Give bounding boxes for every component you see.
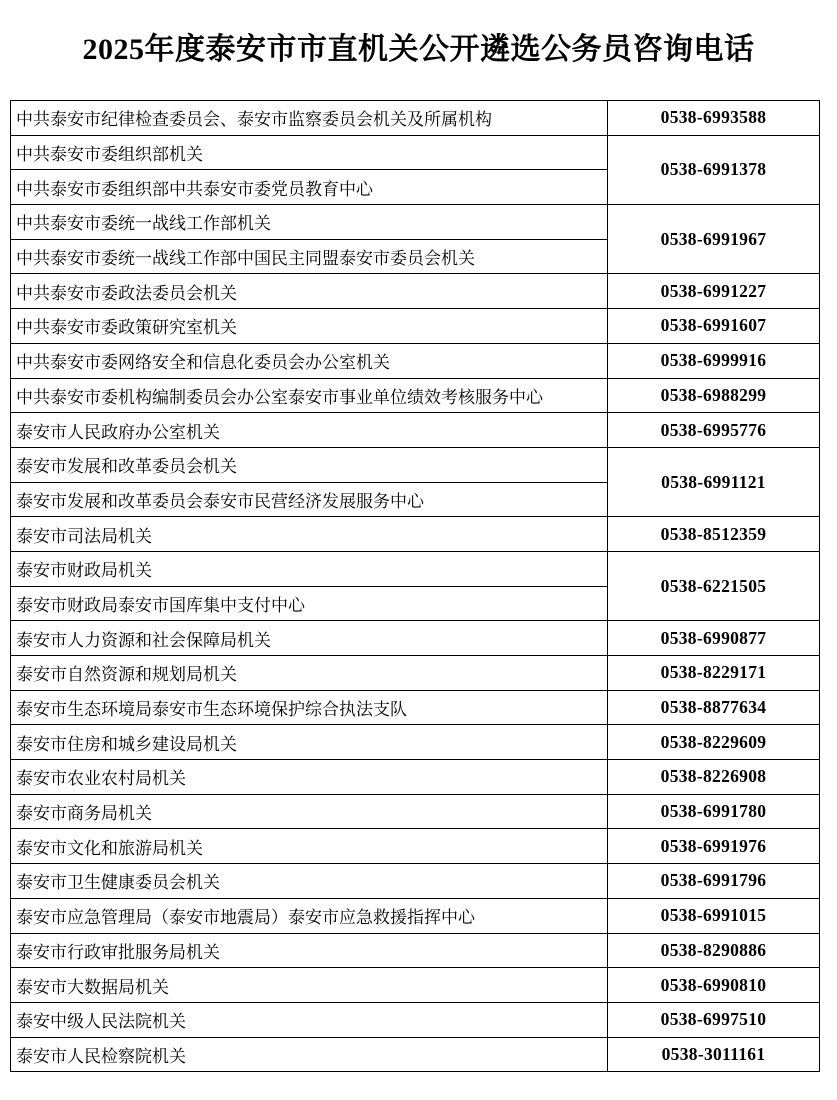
org-name-cell: 泰安市发展和改革委员会机关 — [11, 447, 608, 482]
org-name-cell: 泰安市生态环境局泰安市生态环境保护综合执法支队 — [11, 690, 608, 725]
phone-number-cell: 0538-6990877 — [608, 621, 820, 656]
table-row: 泰安市农业农村局机关0538-8226908 — [11, 760, 820, 795]
org-name-cell: 泰安市农业农村局机关 — [11, 760, 608, 795]
table-row: 泰安市生态环境局泰安市生态环境保护综合执法支队0538-8877634 — [11, 690, 820, 725]
phone-number-cell: 0538-6991227 — [608, 274, 820, 309]
org-name-cell: 泰安市行政审批服务局机关 — [11, 933, 608, 968]
phone-number-cell: 0538-6991967 — [608, 205, 820, 274]
phone-number-cell: 0538-6991796 — [608, 864, 820, 899]
table-row: 泰安市人民检察院机关0538-3011161 — [11, 1037, 820, 1072]
table-row: 泰安市财政局机关0538-6221505 — [11, 551, 820, 586]
table-row: 中共泰安市委政法委员会机关0538-6991227 — [11, 274, 820, 309]
org-name-cell: 泰安市文化和旅游局机关 — [11, 829, 608, 864]
phone-number-cell: 0538-6995776 — [608, 413, 820, 448]
table-row: 中共泰安市委机构编制委员会办公室泰安市事业单位绩效考核服务中心0538-6988… — [11, 378, 820, 413]
table-row: 泰安市行政审批服务局机关0538-8290886 — [11, 933, 820, 968]
org-name-cell: 泰安市司法局机关 — [11, 517, 608, 552]
table-row: 泰安中级人民法院机关0538-6997510 — [11, 1002, 820, 1037]
table-row: 中共泰安市委组织部机关0538-6991378 — [11, 135, 820, 170]
org-name-cell: 中共泰安市委政策研究室机关 — [11, 309, 608, 344]
org-name-cell: 泰安市财政局机关 — [11, 551, 608, 586]
org-name-cell: 中共泰安市委组织部机关 — [11, 135, 608, 170]
document-page: 2025年度泰安市市直机关公开遴选公务员咨询电话 中共泰安市纪律检查委员会、泰安… — [0, 0, 837, 1100]
phone-number-cell: 0538-6991607 — [608, 309, 820, 344]
org-name-cell: 中共泰安市委统一战线工作部机关 — [11, 205, 608, 240]
table-row: 泰安市商务局机关0538-6991780 — [11, 794, 820, 829]
table-row: 泰安市人民政府办公室机关0538-6995776 — [11, 413, 820, 448]
phone-number-cell: 0538-6999916 — [608, 343, 820, 378]
org-name-cell: 泰安市应急管理局（泰安市地震局）泰安市应急救援指挥中心 — [11, 898, 608, 933]
table-row: 泰安市住房和城乡建设局机关0538-8229609 — [11, 725, 820, 760]
org-name-cell: 泰安市商务局机关 — [11, 794, 608, 829]
table-row: 泰安市司法局机关0538-8512359 — [11, 517, 820, 552]
phone-number-cell: 0538-8512359 — [608, 517, 820, 552]
phone-number-cell: 0538-6991378 — [608, 135, 820, 204]
phone-number-cell: 0538-6221505 — [608, 551, 820, 620]
table-row: 泰安市文化和旅游局机关0538-6991976 — [11, 829, 820, 864]
table-row: 泰安市自然资源和规划局机关0538-8229171 — [11, 656, 820, 691]
phone-number-cell: 0538-8226908 — [608, 760, 820, 795]
org-name-cell: 泰安中级人民法院机关 — [11, 1002, 608, 1037]
table-row: 中共泰安市委政策研究室机关0538-6991607 — [11, 309, 820, 344]
phone-number-cell: 0538-6993588 — [608, 101, 820, 136]
phone-number-cell: 0538-8229171 — [608, 656, 820, 691]
org-name-cell: 泰安市卫生健康委员会机关 — [11, 864, 608, 899]
table-row: 中共泰安市委网络安全和信息化委员会办公室机关0538-6999916 — [11, 343, 820, 378]
page-title: 2025年度泰安市市直机关公开遴选公务员咨询电话 — [0, 30, 837, 69]
table-row: 泰安市大数据局机关0538-6990810 — [11, 968, 820, 1003]
org-name-cell: 泰安市大数据局机关 — [11, 968, 608, 1003]
phone-number-cell: 0538-8229609 — [608, 725, 820, 760]
org-name-cell: 泰安市自然资源和规划局机关 — [11, 656, 608, 691]
org-name-cell: 中共泰安市委组织部中共泰安市委党员教育中心 — [11, 170, 608, 205]
phone-number-cell: 0538-8877634 — [608, 690, 820, 725]
org-name-cell: 泰安市财政局泰安市国库集中支付中心 — [11, 586, 608, 621]
phone-number-cell: 0538-6990810 — [608, 968, 820, 1003]
org-name-cell: 泰安市人力资源和社会保障局机关 — [11, 621, 608, 656]
table-row: 泰安市卫生健康委员会机关0538-6991796 — [11, 864, 820, 899]
org-name-cell: 泰安市人民政府办公室机关 — [11, 413, 608, 448]
phone-number-cell: 0538-6988299 — [608, 378, 820, 413]
table-row: 中共泰安市纪律检查委员会、泰安市监察委员会机关及所属机构0538-6993588 — [11, 101, 820, 136]
phone-directory-table: 中共泰安市纪律检查委员会、泰安市监察委员会机关及所属机构0538-6993588… — [10, 100, 820, 1072]
org-name-cell: 中共泰安市委网络安全和信息化委员会办公室机关 — [11, 343, 608, 378]
phone-number-cell: 0538-8290886 — [608, 933, 820, 968]
phone-number-cell: 0538-6991121 — [608, 447, 820, 516]
org-name-cell: 中共泰安市委统一战线工作部中国民主同盟泰安市委员会机关 — [11, 239, 608, 274]
table-row: 泰安市应急管理局（泰安市地震局）泰安市应急救援指挥中心0538-6991015 — [11, 898, 820, 933]
phone-number-cell: 0538-3011161 — [608, 1037, 820, 1072]
table-row: 泰安市人力资源和社会保障局机关0538-6990877 — [11, 621, 820, 656]
org-name-cell: 泰安市人民检察院机关 — [11, 1037, 608, 1072]
phone-number-cell: 0538-6991976 — [608, 829, 820, 864]
table-row: 中共泰安市委统一战线工作部机关0538-6991967 — [11, 205, 820, 240]
phone-number-cell: 0538-6997510 — [608, 1002, 820, 1037]
org-name-cell: 泰安市发展和改革委员会泰安市民营经济发展服务中心 — [11, 482, 608, 517]
phone-table-body: 中共泰安市纪律检查委员会、泰安市监察委员会机关及所属机构0538-6993588… — [11, 101, 820, 1072]
org-name-cell: 中共泰安市委政法委员会机关 — [11, 274, 608, 309]
org-name-cell: 中共泰安市纪律检查委员会、泰安市监察委员会机关及所属机构 — [11, 101, 608, 136]
phone-number-cell: 0538-6991780 — [608, 794, 820, 829]
org-name-cell: 泰安市住房和城乡建设局机关 — [11, 725, 608, 760]
org-name-cell: 中共泰安市委机构编制委员会办公室泰安市事业单位绩效考核服务中心 — [11, 378, 608, 413]
phone-number-cell: 0538-6991015 — [608, 898, 820, 933]
table-row: 泰安市发展和改革委员会机关0538-6991121 — [11, 447, 820, 482]
